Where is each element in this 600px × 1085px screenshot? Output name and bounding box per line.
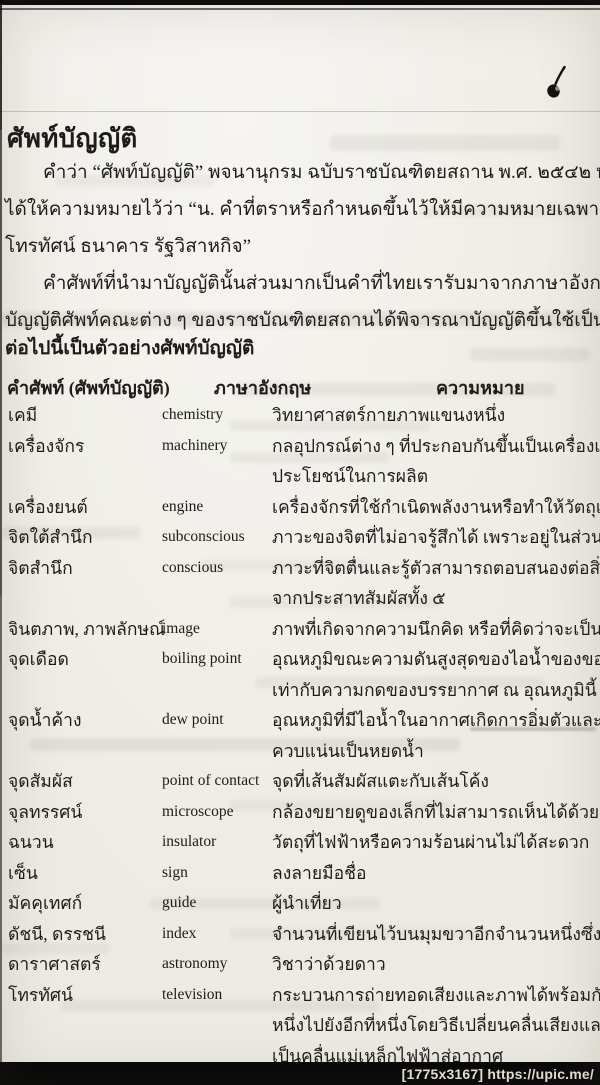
meaning-cell: วิชาว่าด้วยดาว <box>272 949 600 980</box>
meaning-cell: จุดที่เส้นสัมผัสแตะกับเส้นโค้ง <box>272 766 600 797</box>
thai-term-cell: เคมี <box>0 400 162 431</box>
english-term-cell: sign <box>162 858 272 889</box>
meaning-cell: ภาวะที่จิตตื่นและรู้ตัวสามารถตอบสนองต่อส… <box>272 553 600 614</box>
english-term-cell: guide <box>162 888 272 919</box>
thai-term-cell: จุดเดือด <box>0 644 162 705</box>
table-row: โทรทัศน์televisionกระบวนการถ่ายทอดเสียงแ… <box>0 980 600 1072</box>
scan-faint-rule <box>0 111 600 112</box>
meaning-cell: กระบวนการถ่ายทอดเสียงและภาพได้พร้อมกันจา… <box>272 980 600 1072</box>
thai-term-cell: จินตภาพ, ภาพลักษณ์ <box>0 614 162 645</box>
thai-term-cell: จุลทรรศน์ <box>0 797 162 828</box>
meaning-line: อุณหภูมิขณะความดันสูงสุดของไอน้ำของของเห… <box>272 644 600 675</box>
table-row: จิตสำนึกconsciousภาวะที่จิตตื่นและรู้ตัว… <box>0 553 600 614</box>
english-term-cell: chemistry <box>162 400 272 431</box>
thai-term-cell: ดัชนี, ดรรชนี <box>0 919 162 950</box>
table-row: จุดน้ำค้างdew pointอุณหภูมิที่มีไอน้ำในอ… <box>0 705 600 766</box>
meaning-line: อุณหภูมิที่มีไอน้ำในอากาศเกิดการอิ่มตัวแ… <box>272 705 600 736</box>
watermark-text: [1775x3167] https://upic.me/ <box>402 1066 594 1082</box>
paragraph-line: โทรทัศน์ ธนาคาร รัฐวิสาหกิจ” <box>5 228 597 265</box>
table-row: ฉนวนinsulatorวัตถุที่ไฟฟ้าหรือความร้อนผ่… <box>0 827 600 858</box>
thai-term-cell: ดาราศาสตร์ <box>0 949 162 980</box>
english-term-cell: image <box>162 614 272 645</box>
meaning-line: จุดที่เส้นสัมผัสแตะกับเส้นโค้ง <box>272 766 600 797</box>
watermark-bar: [1775x3167] https://upic.me/ <box>0 1062 600 1085</box>
english-term-cell: point of contact <box>162 766 272 797</box>
english-term-cell: television <box>162 980 272 1072</box>
table-header-row: คำศัพท์ (ศัพท์บัญญัติ) ภาษาอังกฤษ ความหม… <box>0 374 600 402</box>
table-row: ดัชนี, ดรรชนีindexจำนวนที่เขียนไว้บนมุมข… <box>0 919 600 950</box>
paragraph-line: คำศัพท์ที่นำมาบัญญัตินั้นส่วนมากเป็นคำที… <box>5 265 597 302</box>
english-term-cell: microscope <box>162 797 272 828</box>
meaning-line: กระบวนการถ่ายทอดเสียงและภาพได้พร้อมกันจา… <box>272 980 600 1011</box>
table-row: เครื่องยนต์engineเครื่องจักรที่ใช้กำเนิด… <box>0 492 600 523</box>
bleedthrough-smudge <box>330 135 560 151</box>
english-term-cell: astronomy <box>162 949 272 980</box>
meaning-cell: วิทยาศาสตร์กายภาพแขนงหนึ่ง <box>272 400 600 431</box>
page-title: ศัพท์บัญญัติ <box>7 118 138 159</box>
term-table-body: เคมีchemistryวิทยาศาสตร์กายภาพแขนงหนึ่งเ… <box>0 400 600 1071</box>
table-row: เครื่องจักรmachineryกลอุปกรณ์ต่าง ๆ ที่ป… <box>0 431 600 492</box>
scanned-document-page: ศัพท์บัญญัติ คำว่า “ศัพท์บัญญัติ” พจนานุ… <box>0 0 600 1085</box>
meaning-cell: อุณหภูมิที่มีไอน้ำในอากาศเกิดการอิ่มตัวแ… <box>272 705 600 766</box>
table-row: จินตภาพ, ภาพลักษณ์imageภาพที่เกิดจากความ… <box>0 614 600 645</box>
meaning-line: กลอุปกรณ์ต่าง ๆ ที่ประกอบกันขึ้นเป็นเครื… <box>272 431 600 462</box>
english-term-cell: insulator <box>162 827 272 858</box>
header-meaning: ความหมาย <box>318 374 525 402</box>
table-row: มัคคุเทศก์guideผู้นำเที่ยว <box>0 888 600 919</box>
meaning-line: เท่ากับความกดของบรรยากาศ ณ อุณหภูมินี้ <box>272 675 600 706</box>
thai-term-cell: เซ็น <box>0 858 162 889</box>
meaning-line: ควบแน่นเป็นหยดน้ำ <box>272 736 600 767</box>
meaning-line: จากประสาทสัมผัสทั้ง ๕ <box>272 583 600 614</box>
meaning-cell: ภาวะของจิตที่ไม่อาจรู้สึกได้ เพราะอยู่ใน… <box>272 522 600 553</box>
table-row: เซ็นsignลงลายมือชื่อ <box>0 858 600 889</box>
table-row: จุลทรรศน์microscopeกล้องขยายดูของเล็กที่… <box>0 797 600 828</box>
english-term-cell: boiling point <box>162 644 272 705</box>
meaning-cell: จำนวนที่เขียนไว้บนมุมขวาอีกจำนวนหนึ่งซึ่… <box>272 919 600 950</box>
english-term-cell: machinery <box>162 431 272 492</box>
english-term-cell: engine <box>162 492 272 523</box>
meaning-line: ประโยชน์ในการผลิต <box>272 461 600 492</box>
thai-term-cell: จิตใต้สำนึก <box>0 522 162 553</box>
header-thai-term: คำศัพท์ (ศัพท์บัญญัติ) <box>0 374 168 402</box>
paragraph-line: คำว่า “ศัพท์บัญญัติ” พจนานุกรม ฉบับราชบั… <box>5 154 597 191</box>
scan-top-rule <box>0 8 600 10</box>
meaning-line: เครื่องจักรที่ใช้กำเนิดพลังงานหรือทำให้ว… <box>272 492 600 523</box>
meaning-cell: กล้องขยายดูของเล็กที่ไม่สามารถเห็นได้ด้ว… <box>272 797 600 828</box>
thai-term-cell: จุดสัมผัส <box>0 766 162 797</box>
english-term-cell: subconscious <box>162 522 272 553</box>
ink-blot-icon <box>543 64 573 106</box>
meaning-line: วิทยาศาสตร์กายภาพแขนงหนึ่ง <box>272 400 600 431</box>
table-row: จุดเดือดboiling pointอุณหภูมิขณะความดันส… <box>0 644 600 705</box>
thai-term-cell: เครื่องจักร <box>0 431 162 492</box>
meaning-line: วัตถุที่ไฟฟ้าหรือความร้อนผ่านไม่ได้สะดวก <box>272 827 600 858</box>
table-row: จุดสัมผัสpoint of contactจุดที่เส้นสัมผั… <box>0 766 600 797</box>
thai-term-cell: ฉนวน <box>0 827 162 858</box>
meaning-line: ภาวะของจิตที่ไม่อาจรู้สึกได้ เพราะอยู่ใน… <box>272 522 600 553</box>
bleedthrough-smudge <box>470 348 590 361</box>
meaning-cell: เครื่องจักรที่ใช้กำเนิดพลังงานหรือทำให้ว… <box>272 492 600 523</box>
table-lead-in: ต่อไปนี้เป็นตัวอย่างศัพท์บัญญัติ <box>5 330 254 367</box>
paragraph-line: ได้ให้ความหมายไว้ว่า “น. คำที่ตราหรือกำห… <box>5 191 597 228</box>
meaning-line: ผู้นำเที่ยว <box>272 888 600 919</box>
thai-term-cell: โทรทัศน์ <box>0 980 162 1072</box>
table-row: เคมีchemistryวิทยาศาสตร์กายภาพแขนงหนึ่ง <box>0 400 600 431</box>
thai-term-cell: มัคคุเทศก์ <box>0 888 162 919</box>
meaning-line: กล้องขยายดูของเล็กที่ไม่สามารถเห็นได้ด้ว… <box>272 797 600 828</box>
meaning-line: หนึ่งไปยังอีกที่หนึ่งโดยวิธีเปลี่ยนคลื่น… <box>272 1010 600 1041</box>
table-row: ดาราศาสตร์astronomyวิชาว่าด้วยดาว <box>0 949 600 980</box>
meaning-cell: ผู้นำเที่ยว <box>272 888 600 919</box>
meaning-cell: วัตถุที่ไฟฟ้าหรือความร้อนผ่านไม่ได้สะดวก <box>272 827 600 858</box>
meaning-line: จำนวนที่เขียนไว้บนมุมขวาอีกจำนวนหนึ่งซึ่… <box>272 919 600 950</box>
english-term-cell: index <box>162 919 272 950</box>
english-term-cell: conscious <box>162 553 272 614</box>
meaning-cell: อุณหภูมิขณะความดันสูงสุดของไอน้ำของของเห… <box>272 644 600 705</box>
thai-term-cell: จิตสำนึก <box>0 553 162 614</box>
scan-top-border <box>0 0 600 5</box>
english-term-cell: dew point <box>162 705 272 766</box>
meaning-line: ภาวะที่จิตตื่นและรู้ตัวสามารถตอบสนองต่อส… <box>272 553 600 584</box>
meaning-line: ลงลายมือชื่อ <box>272 858 600 889</box>
thai-term-cell: จุดน้ำค้าง <box>0 705 162 766</box>
header-english: ภาษาอังกฤษ <box>168 374 318 402</box>
meaning-cell: ลงลายมือชื่อ <box>272 858 600 889</box>
table-row: จิตใต้สำนึกsubconsciousภาวะของจิตที่ไม่อ… <box>0 522 600 553</box>
meaning-cell: ภาพที่เกิดจากความนึกคิด หรือที่คิดว่าจะเ… <box>272 614 600 645</box>
meaning-cell: กลอุปกรณ์ต่าง ๆ ที่ประกอบกันขึ้นเป็นเครื… <box>272 431 600 492</box>
meaning-line: ภาพที่เกิดจากความนึกคิด หรือที่คิดว่าจะเ… <box>272 614 600 645</box>
intro-paragraphs: คำว่า “ศัพท์บัญญัติ” พจนานุกรม ฉบับราชบั… <box>5 154 597 339</box>
thai-term-cell: เครื่องยนต์ <box>0 492 162 523</box>
meaning-line: วิชาว่าด้วยดาว <box>272 949 600 980</box>
